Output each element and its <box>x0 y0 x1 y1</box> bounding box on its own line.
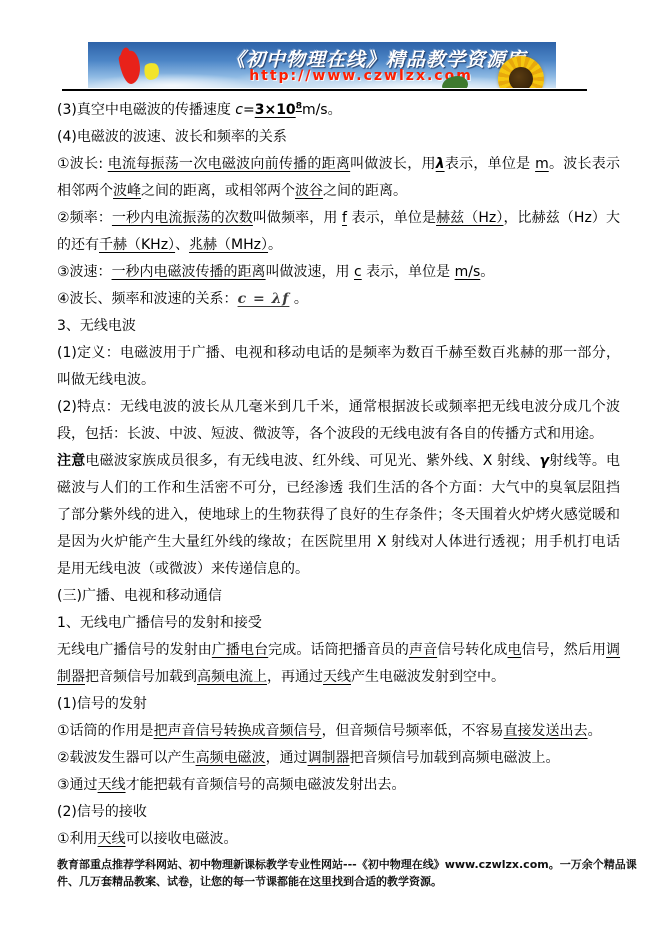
text-run: ②载波发生器可以产生 <box>57 750 196 766</box>
text-run: 3、无线电波 <box>57 318 136 334</box>
paragraph: ①波长: 电流每振荡一次电磁波向前传播的距离叫做波长，用λ表示，单位是 m。波长… <box>57 151 620 205</box>
text-run: 3×10 <box>255 102 296 118</box>
formula: c = λf <box>238 291 290 307</box>
text-run: γ <box>540 453 550 469</box>
text-run: 表示，单位是 <box>362 264 455 280</box>
text-run: 电流每振荡一次电磁波向前传播的距离 <box>108 156 350 172</box>
text-run: 电 <box>508 642 522 658</box>
text-run: 千赫（KHz） <box>99 237 175 253</box>
text-run: ，但音频信号频率低，不容易 <box>322 723 504 739</box>
text-run: 才能把载有音频信号的高频电磁波发射出去。 <box>126 777 406 793</box>
paragraph: (3)真空中电磁波的传播速度 c=3×108m/s。 <box>57 97 620 124</box>
text-run: 波谷 <box>295 183 323 199</box>
paragraph: ③波速：一秒内电磁波传播的距离叫做波速，用 c 表示，单位是 m/s。 <box>57 259 620 286</box>
text-run: 叫做波长，用 <box>350 156 436 172</box>
text-run: (2)特点：无线电波的波长从几毫米到几千米，通常根据波长或频率把无线电波分成几个… <box>57 399 620 442</box>
text-run: 产生电磁波发射到空中。 <box>351 669 505 685</box>
text-run: 信号，然后用 <box>522 642 606 658</box>
footer-text: 教育部重点推荐学科网站、初中物理新课标教学专业性网站---《初中物理在线》www… <box>57 856 639 890</box>
text-run: ①利用 <box>57 831 98 847</box>
text-run: 。 <box>480 264 494 280</box>
text-run: 无线电广播信号的发射由 <box>57 642 212 658</box>
text-run: 可以接收电磁波。 <box>126 831 238 847</box>
text-run: (三)广播、电视和移动通信 <box>57 588 222 604</box>
text-run: 射线等。电磁波与人们的工作和生活密不可分，已经渗透 我们生活的各个方面：大气中的… <box>57 453 620 577</box>
text-run: λ <box>436 156 445 172</box>
header-divider <box>62 89 587 91</box>
paragraph: (4)电磁波的波速、波长和频率的关系 <box>57 124 620 151</box>
text-run: 把声音信号转换成音频信号 <box>154 723 322 739</box>
text-run: 声音 <box>409 642 437 658</box>
text-run: ，再通过 <box>267 669 323 685</box>
text-run: ④波长、频率和波速的关系： <box>57 291 238 307</box>
text-run: 天线 <box>98 777 126 793</box>
text-run: 完成。话筒把播音员的 <box>268 642 409 658</box>
paragraph: (2)信号的接收 <box>57 799 620 826</box>
text-run: 。 <box>268 237 282 253</box>
text-run: = <box>243 102 255 118</box>
text-run: 高频电磁波 <box>196 750 266 766</box>
text-run: 。 <box>289 291 307 307</box>
text-run: 叫做波速，用 <box>266 264 354 280</box>
text-run: (2)信号的接收 <box>57 804 147 820</box>
site-banner: 《初中物理在线》精品教学资源库 http://www.czwlzx.com <box>88 42 556 88</box>
paragraph: (三)广播、电视和移动通信 <box>57 583 620 610</box>
text-run: 把音频信号加载到 <box>85 669 197 685</box>
paragraph: (2)特点：无线电波的波长从几毫米到几千米，通常根据波长或频率把无线电波分成几个… <box>57 394 620 448</box>
text-run: 表示，单位是 <box>347 210 436 226</box>
text-run: 把音频信号加载到高频电磁波上。 <box>350 750 560 766</box>
text-run: (1)定义：电磁波用于广播、电视和移动电话的是频率为数百千赫至数百兆赫的那一部分… <box>57 345 620 388</box>
text-run: 天线 <box>98 831 126 847</box>
document-page: 《初中物理在线》精品教学资源库 http://www.czwlzx.com (3… <box>0 0 661 936</box>
text-run: 、 <box>175 237 189 253</box>
text-run: ②频率： <box>57 210 112 226</box>
text-run: 一秒内电流振荡的次数 <box>112 210 253 226</box>
text-run: ，通过 <box>266 750 308 766</box>
paragraph: 无线电广播信号的发射由广播电台完成。话筒把播音员的声音信号转化成电信号，然后用调… <box>57 637 620 691</box>
text-run: ③波速： <box>57 264 112 280</box>
text-run: 高频电流上 <box>197 669 267 685</box>
text-run: 电磁波家族成员很多，有无线电波、红外线、可见光、紫外线、X 射线、 <box>85 453 539 469</box>
text-run: 。 <box>588 723 602 739</box>
paragraph: 注意电磁波家族成员很多，有无线电波、红外线、可见光、紫外线、X 射线、γ射线等。… <box>57 448 620 583</box>
paragraph: ①话筒的作用是把声音信号转换成音频信号，但音频信号频率低，不容易直接发送出去。 <box>57 718 620 745</box>
text-run: 之间的距离。 <box>323 183 407 199</box>
text-run: m/s <box>455 264 481 280</box>
text-run: c <box>235 102 243 118</box>
text-run: 叫做频率，用 <box>253 210 342 226</box>
flame-logo-icon <box>118 50 142 85</box>
text-run: m <box>535 156 549 172</box>
text-run: (3)真空中电磁波的传播速度 <box>57 102 235 118</box>
paragraph: ④波长、频率和波速的关系：c = λf 。 <box>57 286 620 313</box>
paragraph: 3、无线电波 <box>57 313 620 340</box>
paragraph: (1)信号的发射 <box>57 691 620 718</box>
banner-url-link[interactable]: http://www.czwlzx.com <box>196 68 526 84</box>
paragraph: ②载波发生器可以产生高频电磁波，通过调制器把音频信号加载到高频电磁波上。 <box>57 745 620 772</box>
text-run: 之间的距离，或相邻两个 <box>141 183 295 199</box>
flame-logo-yellow-icon <box>143 62 161 81</box>
text-run: ③通过 <box>57 777 98 793</box>
text-run: 调制器 <box>308 750 350 766</box>
text-run: 注意 <box>57 453 85 469</box>
text-run: 信号转化成 <box>437 642 507 658</box>
paragraph: (1)定义：电磁波用于广播、电视和移动电话的是频率为数百千赫至数百兆赫的那一部分… <box>57 340 620 394</box>
text-run: ①话筒的作用是 <box>57 723 154 739</box>
paragraph: ②频率：一秒内电流振荡的次数叫做频率，用 f 表示，单位是赫兹（Hz），比赫兹（… <box>57 205 620 259</box>
text-run: 一秒内电磁波传播的距离 <box>112 264 266 280</box>
text-run: 表示，单位是 <box>445 156 536 172</box>
text-run: 兆赫（MHz） <box>189 237 268 253</box>
text-run: 广播电台 <box>212 642 268 658</box>
text-run: (1)信号的发射 <box>57 696 147 712</box>
paragraph: ①利用天线可以接收电磁波。 <box>57 826 620 853</box>
text-run: 1、无线电广播信号的发射和接受 <box>57 615 262 631</box>
text-run: 赫兹（Hz） <box>436 210 503 226</box>
document-body: (3)真空中电磁波的传播速度 c=3×108m/s。(4)电磁波的波速、波长和频… <box>57 97 620 853</box>
paragraph: ③通过天线才能把载有音频信号的高频电磁波发射出去。 <box>57 772 620 799</box>
text-run: m/s。 <box>302 102 342 118</box>
text-run: 波峰 <box>113 183 141 199</box>
text-run: 直接发送出去 <box>504 723 588 739</box>
text-run: c <box>354 264 362 280</box>
text-run: (4)电磁波的波速、波长和频率的关系 <box>57 129 287 145</box>
paragraph: 1、无线电广播信号的发射和接受 <box>57 610 620 637</box>
text-run: 天线 <box>323 669 351 685</box>
text-run: ①波长: <box>57 156 108 172</box>
